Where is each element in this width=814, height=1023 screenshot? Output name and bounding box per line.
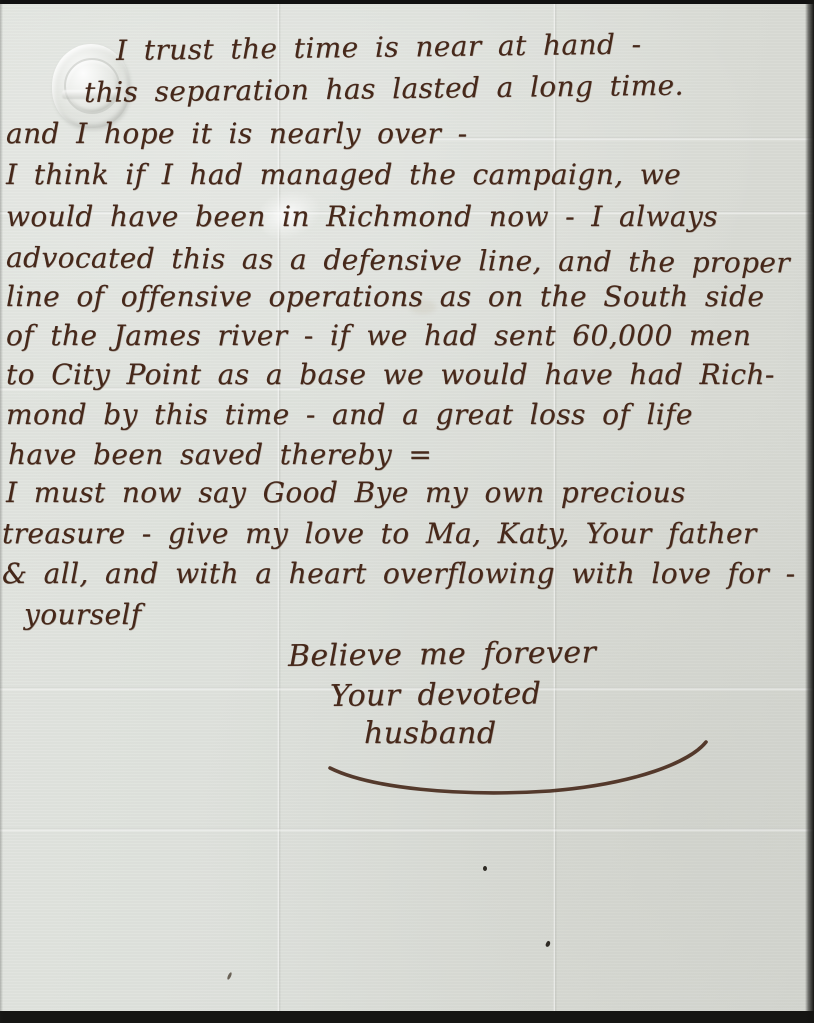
ink-speck [545,940,551,947]
letter-line: treasure - give my love to Ma, Katy, You… [2,519,757,550]
fold-crease-horizontal-5 [0,828,814,832]
scan-edge-left [0,0,3,1023]
ink-speck [226,972,232,981]
letter-line: I trust the time is near at hand - [116,30,642,67]
signature-flourish [318,736,718,798]
letter-line: would have been in Richmond now - I alwa… [6,202,718,233]
letter-line: to City Point as a base we would have ha… [6,360,775,391]
letter-line: yourself [24,600,142,631]
closing-line: Your devoted [330,677,542,713]
letter-line: & all, and with a heart overflowing with… [2,559,795,590]
letter-line: line of offensive operations as on the S… [6,282,764,313]
letter-line: mond by this time - and a great loss of … [6,400,693,431]
closing-line: Believe me forever [288,636,597,673]
letter-line: advocated this as a defensive line, and … [6,243,790,279]
letter-line: this separation has lasted a long time. [84,71,684,109]
scan-edge-top [0,0,814,4]
ink-speck [483,866,487,871]
letter-line: and I hope it is nearly over - [6,119,467,150]
fold-crease-vertical-left [277,0,281,1023]
fold-crease-vertical-right [553,0,557,1023]
letter-line: I think if I had managed the campaign, w… [6,160,681,191]
scan-edge-bottom [0,1011,814,1023]
letter-line: I must now say Good Bye my own precious [6,478,686,509]
scan-edge-right [805,0,814,1023]
letter-page: I trust the time is near at hand - this … [0,0,814,1023]
letter-line: have been saved thereby = [8,440,432,471]
letter-line: of the James river - if we had sent 60,0… [6,321,751,352]
